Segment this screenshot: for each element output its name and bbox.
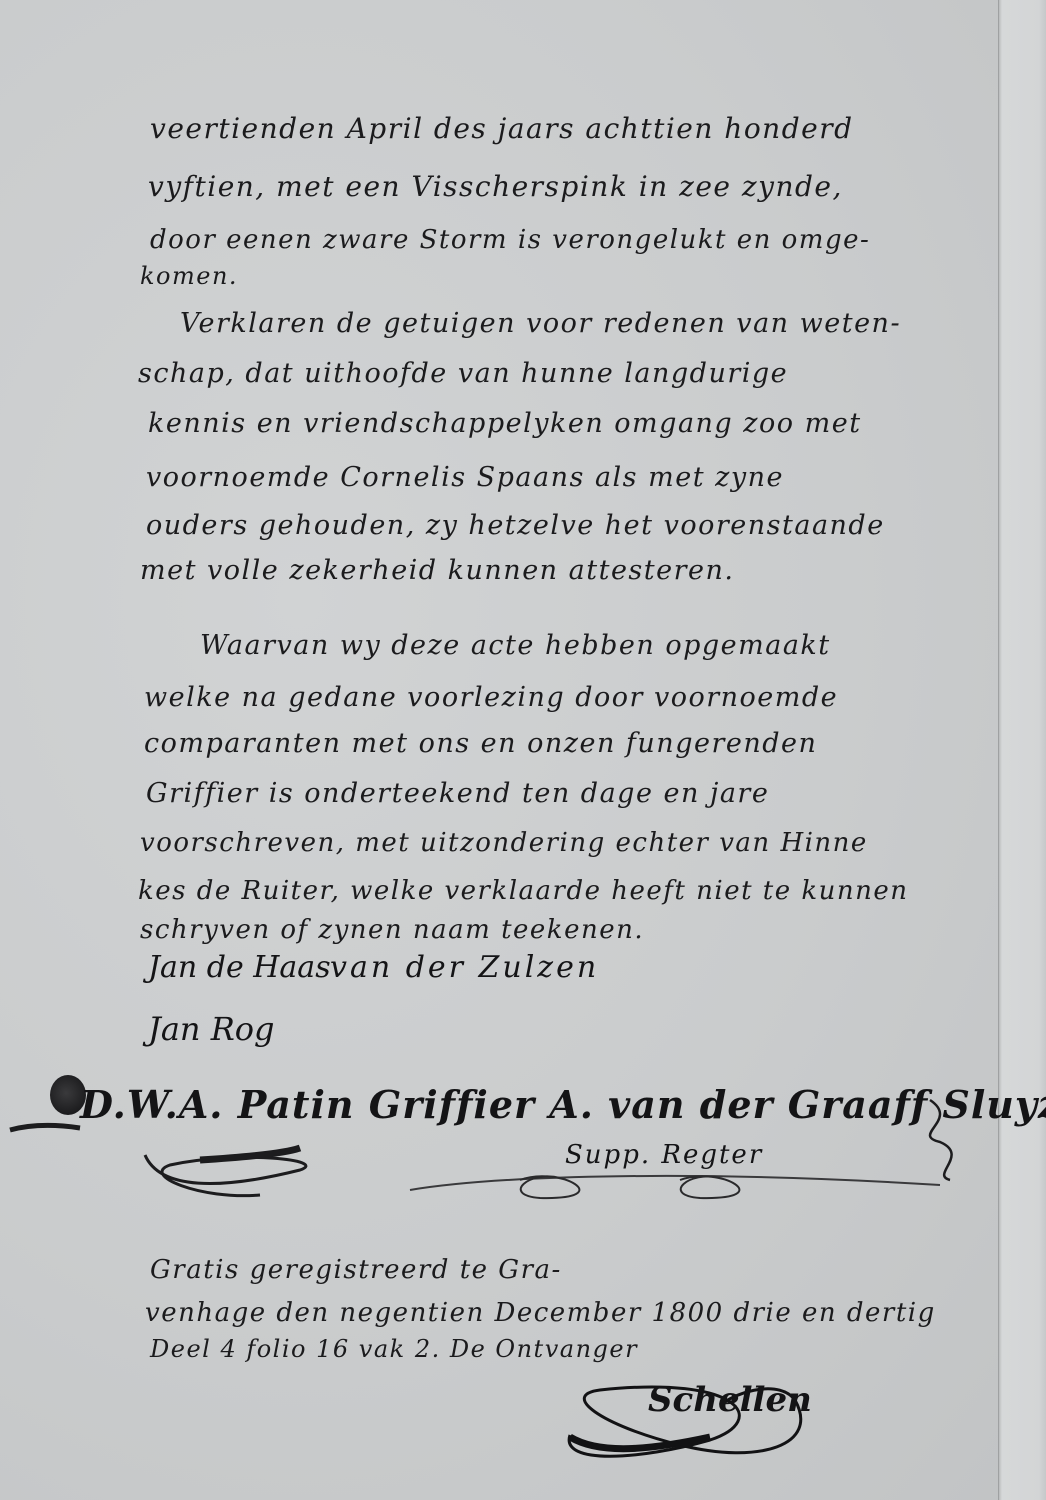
text-line: veertienden April des jaars achttien hon…: [150, 112, 854, 145]
registration-line: venhage den negentien December 1800 drie…: [145, 1298, 936, 1328]
text-line: kennis en vriendschappelyken omgang zoo …: [148, 408, 862, 439]
signature-title-supp-regter: Supp. Regter: [565, 1140, 763, 1170]
text-line: ouders gehouden, zy hetzelve het voorens…: [146, 510, 885, 541]
registration-line: Deel 4 folio 16 vak 2. De Ontvanger: [150, 1335, 638, 1363]
page-edge-right: [998, 0, 1046, 1500]
text-line: met volle zekerheid kunnen attesteren.: [140, 555, 734, 586]
text-line: Verklaren de getuigen voor redenen van w…: [180, 308, 901, 339]
signature-officials: D.W.A. Patin Griffier A. van der Graaff …: [80, 1082, 1046, 1127]
text-line: door eenen zware Storm is verongelukt en…: [150, 225, 870, 255]
text-line: Waarvan wy deze acte hebben opgemaakt: [200, 630, 831, 661]
text-line: voorschreven, met uitzondering echter va…: [140, 828, 868, 858]
text-line: Griffier is onderteekend ten dage en jar…: [146, 778, 769, 809]
signature-jan-rog: Jan Rog: [148, 1010, 275, 1048]
text-line: kes de Ruiter, welke verklaarde heeft ni…: [138, 876, 909, 906]
registration-line: Gratis geregistreerd te Gra-: [150, 1255, 562, 1285]
text-line: welke na gedane voorlezing door voornoem…: [144, 682, 838, 713]
text-line: schap, dat uithoofde van hunne langdurig…: [138, 358, 788, 389]
text-line: vyftien, met een Visscherspink in zee zy…: [148, 170, 843, 203]
text-line: comparanten met ons en onzen fungerenden: [144, 728, 817, 759]
signature-van-der-zulzen: van der Zulzen: [330, 950, 599, 985]
signature-jan-de-haas: Jan de Haas: [148, 950, 331, 985]
signature-receiver: Schellen: [648, 1380, 812, 1420]
text-line: schryven of zynen naam teekenen.: [140, 915, 644, 945]
text-line: voornoemde Cornelis Spaans als met zyne: [146, 462, 784, 493]
text-line: komen.: [140, 262, 238, 290]
